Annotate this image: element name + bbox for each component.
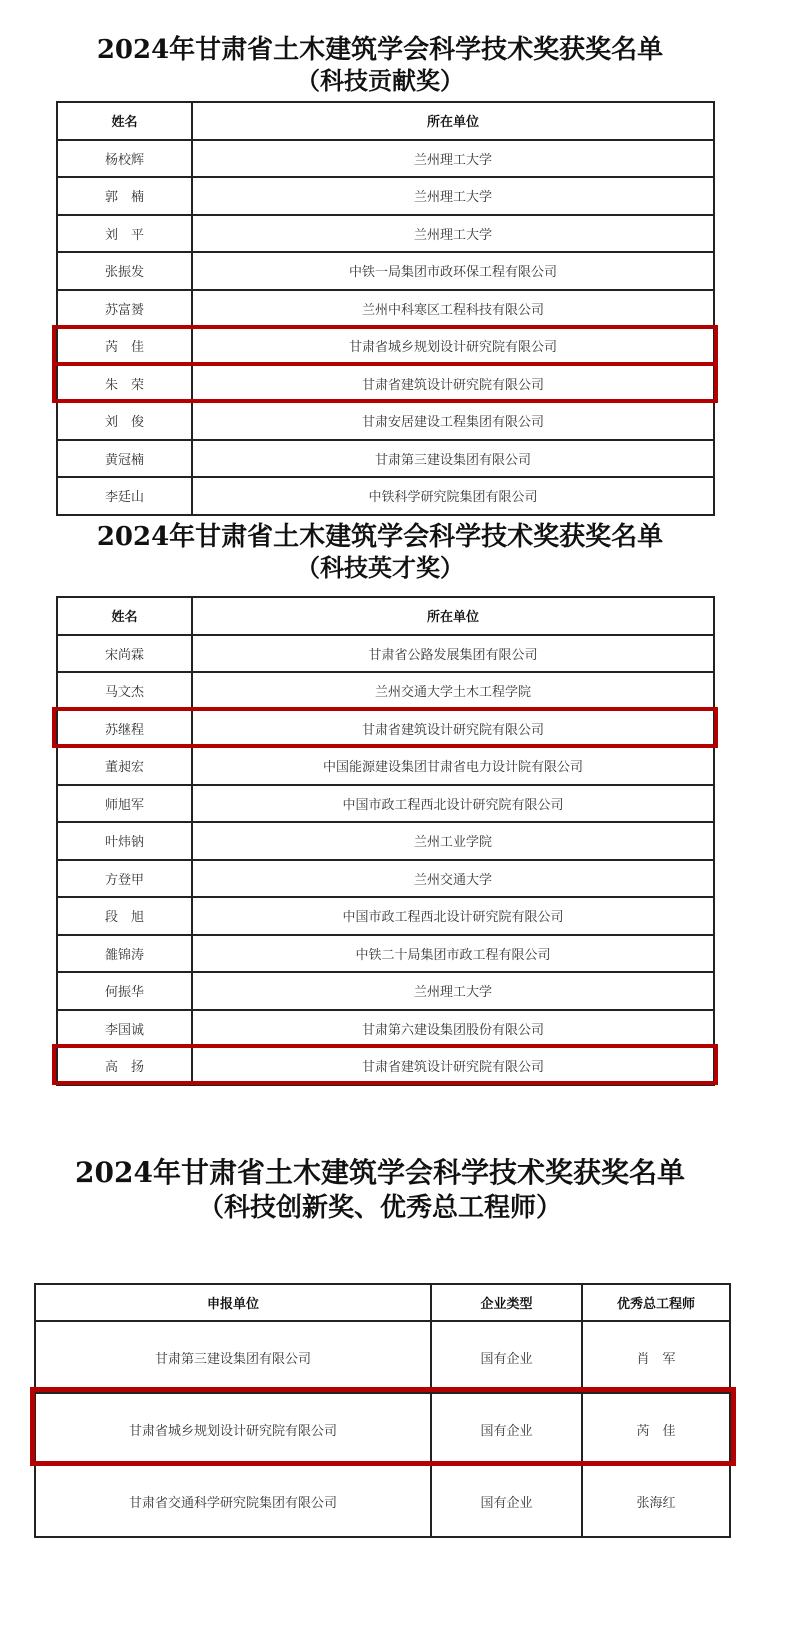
column-header-engineer: 优秀总工程师 (582, 1284, 730, 1321)
cell-unit: 中铁一局集团市政环保工程有限公司 (192, 252, 714, 290)
cell-unit: 兰州理工大学 (192, 140, 714, 178)
table-row: 董昶宏中国能源建设集团甘肃省电力设计院有限公司 (57, 747, 714, 785)
table-row: 师旭军中国市政工程西北设计研究院有限公司 (57, 785, 714, 823)
column-header-unit: 所在单位 (192, 597, 714, 635)
section-1-title: 2024年甘肃省土木建筑学会科学技术奖获奖名单 （科技贡献奖） (0, 34, 760, 96)
cell-name: 宋尚霖 (57, 635, 192, 673)
table-row-highlighted: 高 扬甘肃省建筑设计研究院有限公司 (57, 1047, 714, 1085)
cell-name: 何振华 (57, 972, 192, 1010)
section-2-title: 2024年甘肃省土木建筑学会科学技术奖获奖名单 （科技英才奖） (0, 521, 760, 583)
cell-name: 段 旭 (57, 897, 192, 935)
cell-unit: 中国能源建设集团甘肃省电力设计院有限公司 (192, 747, 714, 785)
cell-unit: 中铁科学研究院集团有限公司 (192, 477, 714, 515)
table-header-row: 姓名 所在单位 (57, 102, 714, 140)
cell-unit: 兰州理工大学 (192, 972, 714, 1010)
table-row-highlighted: 朱 荣甘肃省建筑设计研究院有限公司 (57, 365, 714, 403)
cell-engineer: 芮 佳 (582, 1393, 730, 1465)
table-row: 叶炜钠兰州工业学院 (57, 822, 714, 860)
cell-name: 苏富赟 (57, 290, 192, 328)
award-table-contribution: 姓名 所在单位 杨校辉兰州理工大学 郭 楠兰州理工大学 刘 平兰州理工大学 张振… (56, 101, 715, 516)
table-row: 苏富赟兰州中科寒区工程科技有限公司 (57, 290, 714, 328)
cell-type: 国有企业 (431, 1321, 582, 1393)
table-row-highlighted: 甘肃省城乡规划设计研究院有限公司国有企业芮 佳 (35, 1393, 730, 1465)
table-row: 李国诚甘肃第六建设集团股份有限公司 (57, 1010, 714, 1048)
table-row: 马文杰兰州交通大学土木工程学院 (57, 672, 714, 710)
cell-name: 高 扬 (57, 1047, 192, 1085)
section-subtitle: （科技创新奖、优秀总工程师） (0, 1191, 760, 1225)
cell-unit: 中国市政工程西北设计研究院有限公司 (192, 897, 714, 935)
cell-name: 叶炜钠 (57, 822, 192, 860)
table-row: 宋尚霖甘肃省公路发展集团有限公司 (57, 635, 714, 673)
cell-name: 李廷山 (57, 477, 192, 515)
cell-unit: 甘肃第三建设集团有限公司 (192, 440, 714, 478)
cell-unit: 甘肃省建筑设计研究院有限公司 (192, 710, 714, 748)
table-row: 杨校辉兰州理工大学 (57, 140, 714, 178)
table-row: 段 旭中国市政工程西北设计研究院有限公司 (57, 897, 714, 935)
table-row: 李廷山中铁科学研究院集团有限公司 (57, 477, 714, 515)
table-row: 方登甲兰州交通大学 (57, 860, 714, 898)
cell-unit: 甘肃第三建设集团有限公司 (35, 1321, 431, 1393)
section-subtitle: （科技贡献奖） (0, 66, 760, 96)
cell-unit: 甘肃省建筑设计研究院有限公司 (192, 365, 714, 403)
column-header-unit: 所在单位 (192, 102, 714, 140)
table-row-highlighted: 芮 佳甘肃省城乡规划设计研究院有限公司 (57, 327, 714, 365)
section-title: 2024年甘肃省土木建筑学会科学技术奖获奖名单 (0, 1155, 760, 1191)
cell-unit: 甘肃省交通科学研究院集团有限公司 (35, 1465, 431, 1537)
cell-name: 方登甲 (57, 860, 192, 898)
table-header-row: 姓名 所在单位 (57, 597, 714, 635)
section-title: 2024年甘肃省土木建筑学会科学技术奖获奖名单 (0, 521, 760, 553)
table-row: 刘 俊甘肃安居建设工程集团有限公司 (57, 402, 714, 440)
cell-name: 师旭军 (57, 785, 192, 823)
cell-name: 杨校辉 (57, 140, 192, 178)
table-row: 甘肃第三建设集团有限公司国有企业肖 军 (35, 1321, 730, 1393)
cell-type: 国有企业 (431, 1465, 582, 1537)
column-header-name: 姓名 (57, 102, 192, 140)
table-row: 黄冠楠甘肃第三建设集团有限公司 (57, 440, 714, 478)
column-header-unit: 申报单位 (35, 1284, 431, 1321)
table-row: 雒锦涛中铁二十局集团市政工程有限公司 (57, 935, 714, 973)
cell-unit: 兰州交通大学 (192, 860, 714, 898)
table-row: 郭 楠兰州理工大学 (57, 177, 714, 215)
cell-name: 董昶宏 (57, 747, 192, 785)
cell-unit: 兰州理工大学 (192, 177, 714, 215)
cell-unit: 兰州交通大学土木工程学院 (192, 672, 714, 710)
award-table-innovation: 申报单位 企业类型 优秀总工程师 甘肃第三建设集团有限公司国有企业肖 军 甘肃省… (34, 1283, 731, 1538)
table-row-highlighted: 苏继程甘肃省建筑设计研究院有限公司 (57, 710, 714, 748)
cell-name: 张振发 (57, 252, 192, 290)
cell-engineer: 张海红 (582, 1465, 730, 1537)
cell-name: 刘 平 (57, 215, 192, 253)
table-row: 何振华兰州理工大学 (57, 972, 714, 1010)
column-header-type: 企业类型 (431, 1284, 582, 1321)
cell-name: 李国诚 (57, 1010, 192, 1048)
section-subtitle: （科技英才奖） (0, 553, 760, 583)
cell-engineer: 肖 军 (582, 1321, 730, 1393)
table-header-row: 申报单位 企业类型 优秀总工程师 (35, 1284, 730, 1321)
cell-unit: 甘肃省城乡规划设计研究院有限公司 (35, 1393, 431, 1465)
cell-name: 刘 俊 (57, 402, 192, 440)
column-header-name: 姓名 (57, 597, 192, 635)
award-table-talent: 姓名 所在单位 宋尚霖甘肃省公路发展集团有限公司 马文杰兰州交通大学土木工程学院… (56, 596, 715, 1086)
cell-unit: 甘肃省建筑设计研究院有限公司 (192, 1047, 714, 1085)
cell-unit: 甘肃第六建设集团股份有限公司 (192, 1010, 714, 1048)
section-title: 2024年甘肃省土木建筑学会科学技术奖获奖名单 (0, 34, 760, 66)
cell-name: 雒锦涛 (57, 935, 192, 973)
cell-unit: 中国市政工程西北设计研究院有限公司 (192, 785, 714, 823)
cell-unit: 甘肃省城乡规划设计研究院有限公司 (192, 327, 714, 365)
cell-name: 黄冠楠 (57, 440, 192, 478)
cell-name: 朱 荣 (57, 365, 192, 403)
cell-type: 国有企业 (431, 1393, 582, 1465)
cell-name: 芮 佳 (57, 327, 192, 365)
cell-unit: 中铁二十局集团市政工程有限公司 (192, 935, 714, 973)
section-3-title: 2024年甘肃省土木建筑学会科学技术奖获奖名单 （科技创新奖、优秀总工程师） (0, 1155, 760, 1225)
cell-unit: 甘肃安居建设工程集团有限公司 (192, 402, 714, 440)
table-row: 甘肃省交通科学研究院集团有限公司国有企业张海红 (35, 1465, 730, 1537)
table-row: 刘 平兰州理工大学 (57, 215, 714, 253)
cell-unit: 兰州理工大学 (192, 215, 714, 253)
table-row: 张振发中铁一局集团市政环保工程有限公司 (57, 252, 714, 290)
cell-unit: 兰州中科寒区工程科技有限公司 (192, 290, 714, 328)
cell-unit: 兰州工业学院 (192, 822, 714, 860)
cell-name: 郭 楠 (57, 177, 192, 215)
cell-name: 苏继程 (57, 710, 192, 748)
cell-name: 马文杰 (57, 672, 192, 710)
cell-unit: 甘肃省公路发展集团有限公司 (192, 635, 714, 673)
